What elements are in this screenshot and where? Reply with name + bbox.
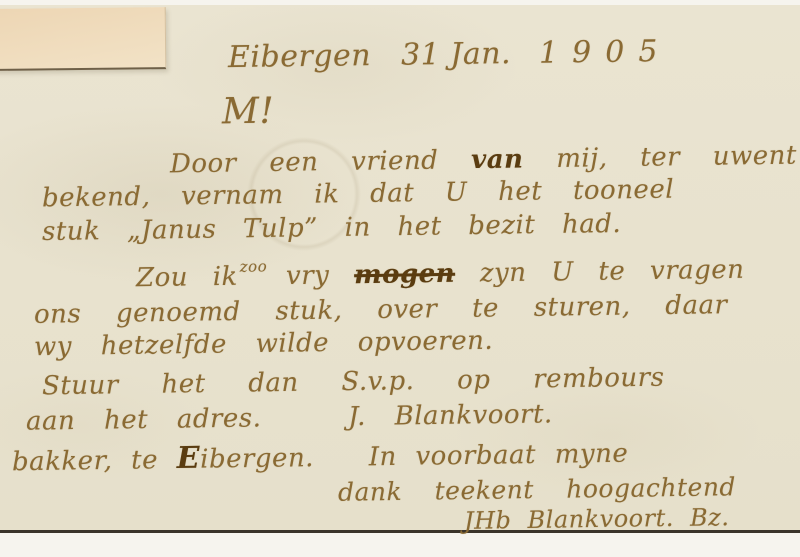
line1-post: mij, ter uwent xyxy=(556,141,797,174)
paper-patch-corner xyxy=(0,7,166,71)
dateline-place: Eibergen xyxy=(228,38,372,75)
letter-line-8: aan het adres. J. Blankvoort. xyxy=(26,399,553,436)
salutation: M! xyxy=(222,91,275,133)
letter-line-3: stuk „Janus Tulp” in het bezit had. xyxy=(42,209,622,247)
letter-line-6: wy hetzelfde wilde opvoeren. xyxy=(34,326,494,362)
line1-pre: Door een vriend xyxy=(170,146,439,180)
line9-place-rest: ibergen. xyxy=(200,443,314,475)
line4-post: zyn U te vragen xyxy=(480,255,745,289)
postcard: Eibergen31 Jan.1905 M! Door een vriend v… xyxy=(0,5,800,533)
letter-line-10: dank teekent hoogachtend xyxy=(338,472,736,507)
letter-line-4: Zou ikzoo vry mogen zyn U te vragen xyxy=(136,255,745,293)
line4-pre: Zou ik xyxy=(136,262,238,293)
dateline: Eibergen31 Jan.1905 xyxy=(228,34,672,75)
dateline-day-month: 31 Jan. xyxy=(401,36,511,73)
scan-background: Eibergen31 Jan.1905 M! Door een vriend v… xyxy=(0,0,800,557)
line1-overwritten-word: van xyxy=(471,144,524,175)
line8-pre: aan het adres. xyxy=(26,403,262,436)
letter-line-7: Stuur het dan S.v.p. op rembours xyxy=(42,363,665,402)
line4-inserted-word: zoo xyxy=(240,257,268,275)
line4-struck-word: mogen xyxy=(354,259,455,290)
signature: JHb Blankvoort. Bz. xyxy=(464,503,730,535)
line8-name: J. Blankvoort. xyxy=(348,399,553,432)
dateline-year: 1905 xyxy=(539,34,672,71)
letter-line-5: ons genoemd stuk, over te sturen, daar xyxy=(34,290,728,330)
line9-post: In voorbaat myne xyxy=(369,439,629,473)
letter-line-1: Door een vriend van mij, ter uwent xyxy=(170,141,797,180)
letter-line-9: bakker, te Eibergen. In voorbaat myne xyxy=(12,435,629,479)
line9-capital-e: E xyxy=(177,441,201,476)
letter-line-2: bekend, vernam ik dat U het tooneel xyxy=(42,175,674,214)
line4-mid: vry xyxy=(286,261,330,292)
line9-pre: bakker, te xyxy=(12,445,158,477)
